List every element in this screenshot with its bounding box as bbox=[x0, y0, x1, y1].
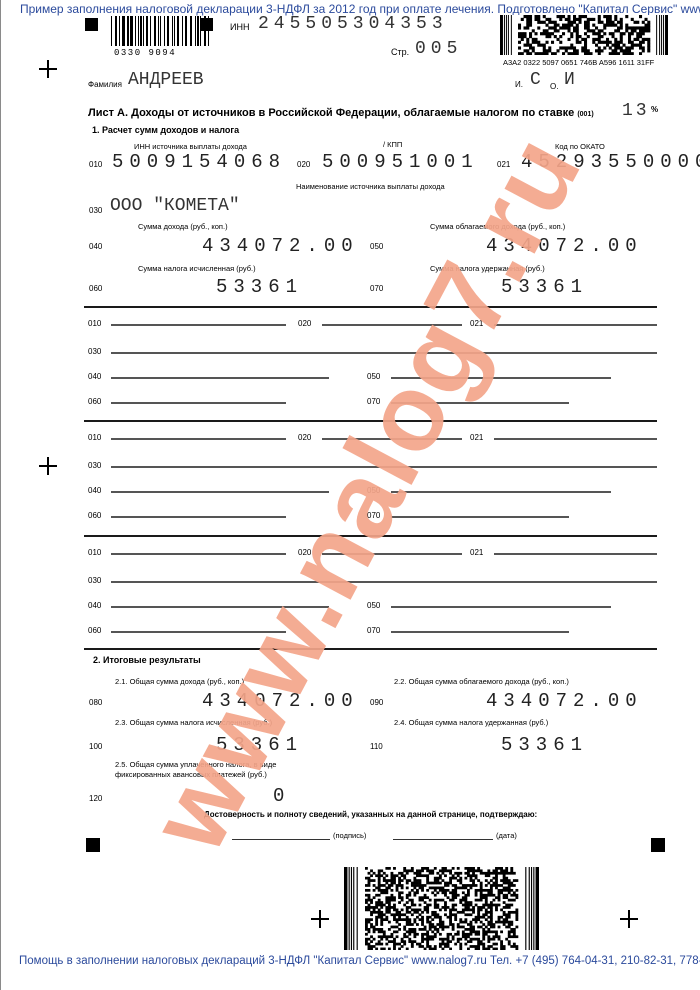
empty-field-line[interactable] bbox=[111, 377, 329, 379]
empty-field-line[interactable] bbox=[111, 491, 329, 493]
line-code: 021 bbox=[470, 433, 483, 442]
registration-cross-icon bbox=[39, 60, 57, 78]
block-divider bbox=[84, 306, 657, 308]
line-code: 060 bbox=[88, 511, 101, 520]
line-code: 070 bbox=[367, 397, 380, 406]
line-code: 040 bbox=[89, 242, 102, 251]
taxable-income-value: 434072.00 bbox=[486, 235, 643, 257]
empty-field-line[interactable] bbox=[111, 438, 286, 440]
barcode-number: 0330 9094 bbox=[114, 48, 176, 58]
empty-field-line[interactable] bbox=[391, 402, 569, 404]
empty-field-line[interactable] bbox=[111, 631, 286, 633]
source-okato: 45293550000 bbox=[521, 151, 700, 173]
source-kpp: 500951001 bbox=[322, 151, 479, 173]
alignment-marker bbox=[86, 838, 100, 852]
line-code: 020 bbox=[298, 548, 311, 557]
empty-field-line[interactable] bbox=[111, 402, 286, 404]
initial-i-value: С bbox=[530, 70, 541, 90]
line-code: 100 bbox=[89, 742, 102, 751]
inn-source-label: ИНН источника выплаты дохода bbox=[134, 142, 247, 151]
line-code: 030 bbox=[89, 206, 102, 215]
registration-cross-icon bbox=[620, 910, 638, 928]
total-income-value: 434072.00 bbox=[202, 690, 359, 712]
tax-rate-value: 13 bbox=[622, 101, 650, 121]
pdf417-barcode bbox=[500, 15, 668, 55]
pdf417-caption: A3A2 0322 5097 0651 746B A596 1611 31FF bbox=[503, 58, 654, 67]
line-code: 020 bbox=[298, 433, 311, 442]
rate-percent: % bbox=[651, 105, 658, 114]
line-code: 050 bbox=[370, 242, 383, 251]
empty-field-line[interactable] bbox=[111, 606, 329, 608]
tax-calc-label: Сумма налога исчисленная (руб.) bbox=[138, 264, 256, 273]
line-code: 070 bbox=[367, 511, 380, 520]
empty-field-line[interactable] bbox=[322, 553, 462, 555]
registration-cross-icon bbox=[311, 910, 329, 928]
line-code: 020 bbox=[297, 160, 310, 169]
line-code: 060 bbox=[88, 626, 101, 635]
rate-code: (001) bbox=[577, 111, 593, 118]
surname-value: АНДРЕЕВ bbox=[128, 70, 204, 90]
empty-field-line[interactable] bbox=[494, 324, 657, 326]
line-code: 010 bbox=[89, 160, 102, 169]
total-taxable-value: 434072.00 bbox=[486, 690, 643, 712]
tax-calculated-value: 53361 bbox=[216, 276, 303, 298]
line-code: 110 bbox=[370, 742, 383, 751]
okato-label: Код по ОКАТО bbox=[555, 142, 605, 151]
total-tax-withheld-label: 2.4. Общая сумма налога удержанная (руб.… bbox=[394, 718, 548, 727]
line-code: 040 bbox=[88, 601, 101, 610]
line-code: 050 bbox=[367, 372, 380, 381]
line-code: 010 bbox=[88, 433, 101, 442]
registration-cross-icon bbox=[39, 457, 57, 475]
pdf417-barcode-bottom bbox=[344, 867, 539, 950]
empty-field-line[interactable] bbox=[391, 377, 611, 379]
line-code: 120 bbox=[89, 794, 102, 803]
empty-field-line[interactable] bbox=[111, 466, 657, 468]
empty-field-line[interactable] bbox=[391, 631, 569, 633]
empty-field-line[interactable] bbox=[111, 516, 286, 518]
line-code: 050 bbox=[367, 486, 380, 495]
empty-field-line[interactable] bbox=[322, 438, 462, 440]
line-code: 021 bbox=[497, 160, 510, 169]
source-name-label: Наименование источника выплаты дохода bbox=[296, 182, 445, 191]
block-divider bbox=[84, 420, 657, 422]
surname-label: Фамилия bbox=[88, 80, 122, 89]
signature-line[interactable] bbox=[232, 839, 330, 840]
total-tax-calc-value: 53361 bbox=[216, 734, 303, 756]
line-code: 040 bbox=[88, 372, 101, 381]
empty-field-line[interactable] bbox=[391, 491, 611, 493]
inn-value: 245505304353 bbox=[258, 14, 448, 34]
sheet-title: Лист А. Доходы от источников в Российско… bbox=[88, 107, 594, 119]
tax-withheld-label: Сумма налога удержанная (руб.) bbox=[430, 264, 545, 273]
sheet-title-text: Лист А. Доходы от источников в Российско… bbox=[88, 107, 574, 119]
alignment-marker bbox=[651, 838, 665, 852]
empty-field-line[interactable] bbox=[494, 553, 657, 555]
block-divider bbox=[84, 535, 657, 537]
empty-field-line[interactable] bbox=[111, 352, 657, 354]
empty-field-line[interactable] bbox=[391, 606, 611, 608]
empty-field-line[interactable] bbox=[494, 438, 657, 440]
empty-field-line[interactable] bbox=[391, 516, 569, 518]
line-code: 070 bbox=[370, 284, 383, 293]
initial-i-label: И. bbox=[515, 80, 523, 89]
page-label: Стр. bbox=[391, 47, 409, 57]
divider bbox=[84, 648, 657, 650]
page-number: 005 bbox=[415, 39, 462, 59]
page-border bbox=[0, 0, 1, 990]
date-line[interactable] bbox=[393, 839, 493, 840]
empty-field-line[interactable] bbox=[111, 553, 286, 555]
empty-field-line[interactable] bbox=[322, 324, 462, 326]
initial-o-label: О. bbox=[550, 82, 558, 91]
line-code: 070 bbox=[367, 626, 380, 635]
line-code: 021 bbox=[470, 319, 483, 328]
signature-label: (подпись) bbox=[333, 831, 366, 840]
income-label: Сумма дохода (руб., коп.) bbox=[138, 222, 228, 231]
confirmation-text: Достоверность и полноту сведений, указан… bbox=[204, 810, 537, 819]
line-code: 040 bbox=[88, 486, 101, 495]
line-code: 020 bbox=[298, 319, 311, 328]
linear-barcode bbox=[111, 16, 210, 46]
line-code: 090 bbox=[370, 698, 383, 707]
line-code: 050 bbox=[367, 601, 380, 610]
tax-withheld-value: 53361 bbox=[501, 276, 588, 298]
line-code: 080 bbox=[89, 698, 102, 707]
footer-banner: Помощь в заполнении налоговых деклараций… bbox=[19, 955, 700, 967]
empty-field-line[interactable] bbox=[111, 324, 286, 326]
total-taxable-label: 2.2. Общая сумма облагаемого дохода (руб… bbox=[394, 677, 569, 686]
source-name: ООО "КОМЕТА" bbox=[110, 196, 240, 216]
line-code: 021 bbox=[470, 548, 483, 557]
taxable-label: Сумма облагаемого дохода (руб., коп.) bbox=[430, 222, 565, 231]
alignment-marker bbox=[200, 18, 213, 31]
line-code: 030 bbox=[88, 347, 101, 356]
initial-o-value: И bbox=[564, 70, 575, 90]
line-code: 010 bbox=[88, 548, 101, 557]
empty-field-line[interactable] bbox=[111, 581, 657, 583]
alignment-marker bbox=[85, 18, 98, 31]
total-income-label: 2.1. Общая сумма дохода (руб., коп.) bbox=[115, 677, 244, 686]
total-tax-withheld-value: 53361 bbox=[501, 734, 588, 756]
fixed-advance-value: 0 bbox=[273, 785, 290, 807]
line-code: 030 bbox=[88, 461, 101, 470]
line-code: 060 bbox=[89, 284, 102, 293]
fixed-advance-label-2: фиксированных авансовых платежей (руб.) bbox=[115, 770, 267, 779]
date-label: (дата) bbox=[496, 831, 517, 840]
section1-title: 1. Расчет сумм доходов и налога bbox=[92, 125, 239, 135]
source-inn: 5009154068 bbox=[112, 151, 286, 173]
section2-title: 2. Итоговые результаты bbox=[93, 655, 201, 665]
tax-form-page: Пример заполнения налоговой декларации 3… bbox=[0, 0, 700, 990]
income-value: 434072.00 bbox=[202, 235, 359, 257]
total-tax-calc-label: 2.3. Общая сумма налога исчисленная (руб… bbox=[115, 718, 272, 727]
line-code: 010 bbox=[88, 319, 101, 328]
kpp-label: / КПП bbox=[383, 140, 402, 149]
inn-label: ИНН bbox=[230, 22, 249, 32]
line-code: 060 bbox=[88, 397, 101, 406]
fixed-advance-label-1: 2.5. Общая сумма уплаченного налога, в в… bbox=[115, 760, 276, 769]
line-code: 030 bbox=[88, 576, 101, 585]
